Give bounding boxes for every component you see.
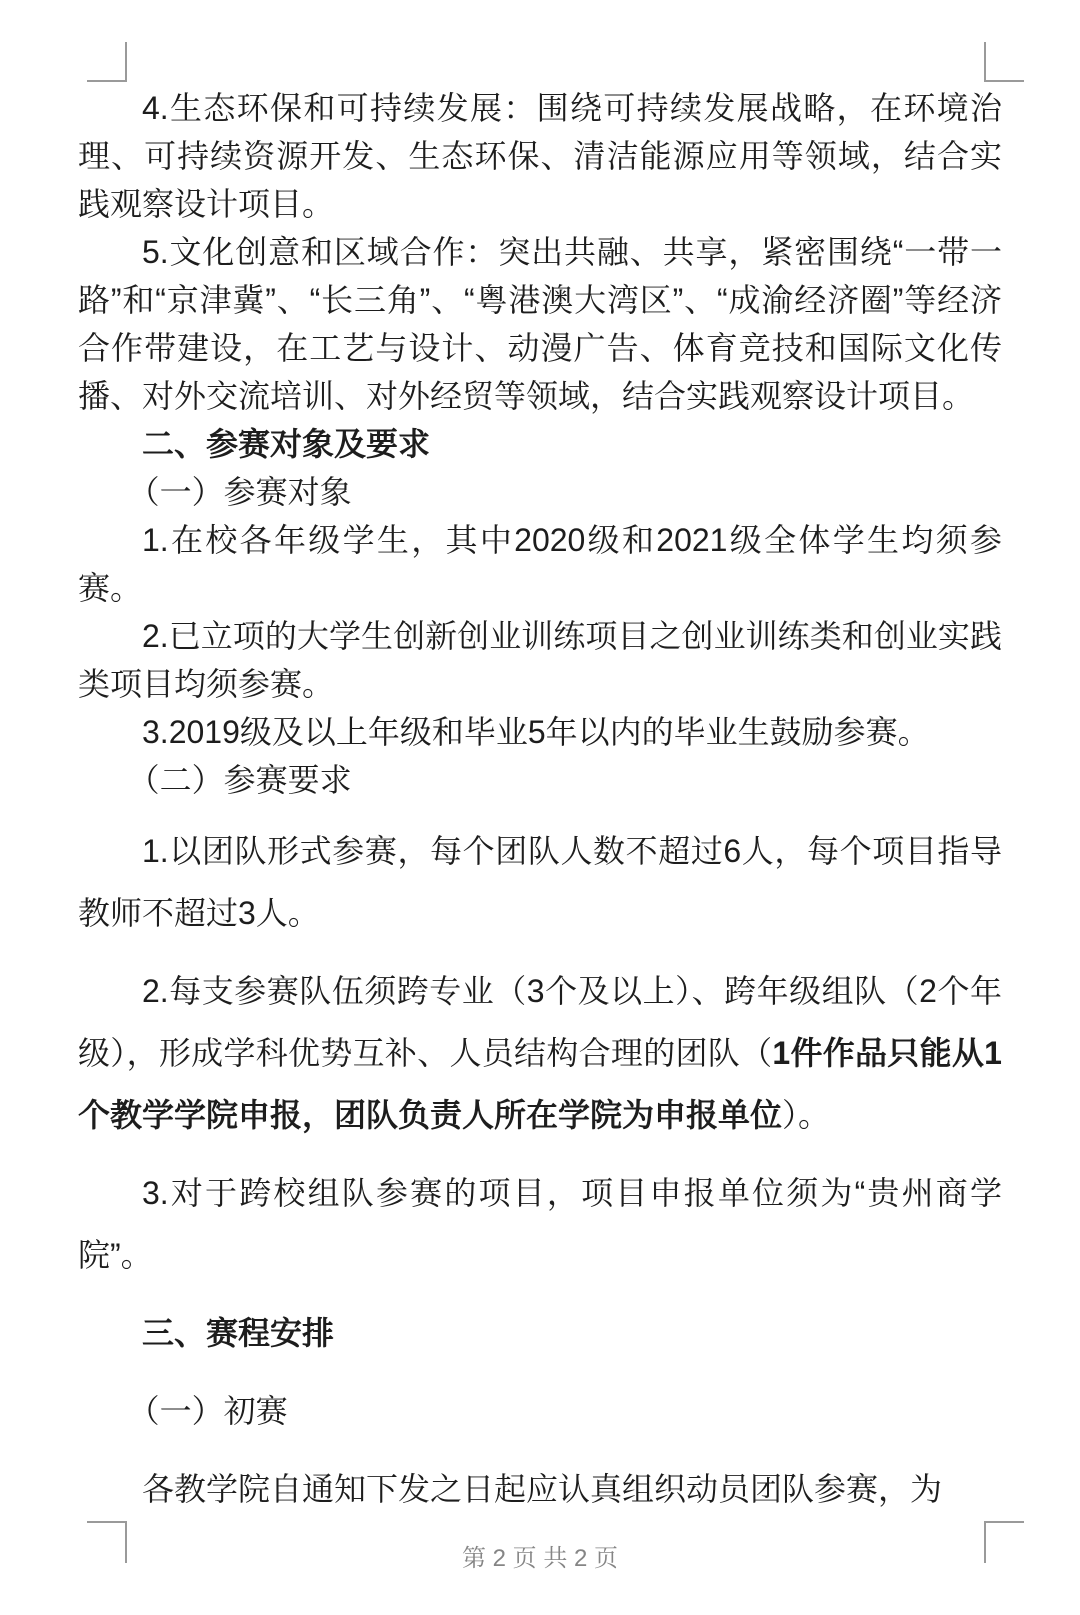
paragraph: 2.每支参赛队伍须跨专业（3个及以上）、跨年级组队（2个年级），形成学科优势互补… (78, 960, 1002, 1146)
text-segment: 1.以团队形式参赛，每个团队人数不超过6人，每个项目指导教师不超过3人。 (78, 833, 1002, 931)
text-segment: （二）参赛要求 (128, 762, 352, 798)
text-segment: 3.2019级及以上年级和毕业5年以内的毕业生鼓励参赛。 (142, 714, 930, 750)
paragraph: （一）初赛 (78, 1380, 1002, 1442)
text-segment: ）。 (782, 1097, 830, 1133)
document-page: 4.生态环保和可持续发展：围绕可持续发展战略，在环境治理、可持续资源开发、生态环… (0, 0, 1080, 1615)
paragraph: 2.已立项的大学生创新创业训练项目之创业训练类和创业实践类项目均须参赛。 (78, 612, 1002, 708)
text-segment: 4.生态环保和可持续发展：围绕可持续发展战略，在环境治理、可持续资源开发、生态环… (78, 90, 1002, 222)
paragraph: （一）参赛对象 (78, 468, 1002, 516)
page-number: 第 2 页 共 2 页 (0, 1538, 1080, 1573)
corner-mark-top-left (87, 42, 127, 82)
text-segment: 各教学院自通知下发之日起应认真组织动员团队参赛，为 (142, 1471, 942, 1507)
text-segment: 二、参赛对象及要求 (142, 426, 430, 462)
text-segment: 5.文化创意和区域合作：突出共融、共享，紧密围绕“一带一路”和“京津冀”、“长三… (78, 234, 1002, 414)
paragraph: 3.2019级及以上年级和毕业5年以内的毕业生鼓励参赛。 (78, 708, 1002, 756)
paragraph: 3.对于跨校组队参赛的项目，项目申报单位须为“贵州商学院”。 (78, 1162, 1002, 1286)
text-segment: （一）参赛对象 (128, 474, 352, 510)
text-segment: 1.在校各年级学生，其中2020级和2021级全体学生均须参赛。 (78, 522, 1002, 606)
paragraph: （二）参赛要求 (78, 756, 1002, 804)
paragraph: 4.生态环保和可持续发展：围绕可持续发展战略，在环境治理、可持续资源开发、生态环… (78, 84, 1002, 228)
paragraph: 三、赛程安排 (78, 1302, 1002, 1364)
document-body: 4.生态环保和可持续发展：围绕可持续发展战略，在环境治理、可持续资源开发、生态环… (78, 84, 1002, 1536)
paragraph: 1.以团队形式参赛，每个团队人数不超过6人，每个项目指导教师不超过3人。 (78, 820, 1002, 944)
paragraph: 各教学院自通知下发之日起应认真组织动员团队参赛，为 (78, 1458, 1002, 1520)
text-segment: （一）初赛 (128, 1393, 288, 1429)
text-segment: 2.已立项的大学生创新创业训练项目之创业训练类和创业实践类项目均须参赛。 (78, 618, 1002, 702)
paragraph: 1.在校各年级学生，其中2020级和2021级全体学生均须参赛。 (78, 516, 1002, 612)
text-segment: 三、赛程安排 (142, 1315, 334, 1351)
paragraph: 5.文化创意和区域合作：突出共融、共享，紧密围绕“一带一路”和“京津冀”、“长三… (78, 228, 1002, 420)
corner-mark-top-right (984, 42, 1024, 82)
paragraph: 二、参赛对象及要求 (78, 420, 1002, 468)
text-segment: 3.对于跨校组队参赛的项目，项目申报单位须为“贵州商学院”。 (78, 1175, 1002, 1273)
